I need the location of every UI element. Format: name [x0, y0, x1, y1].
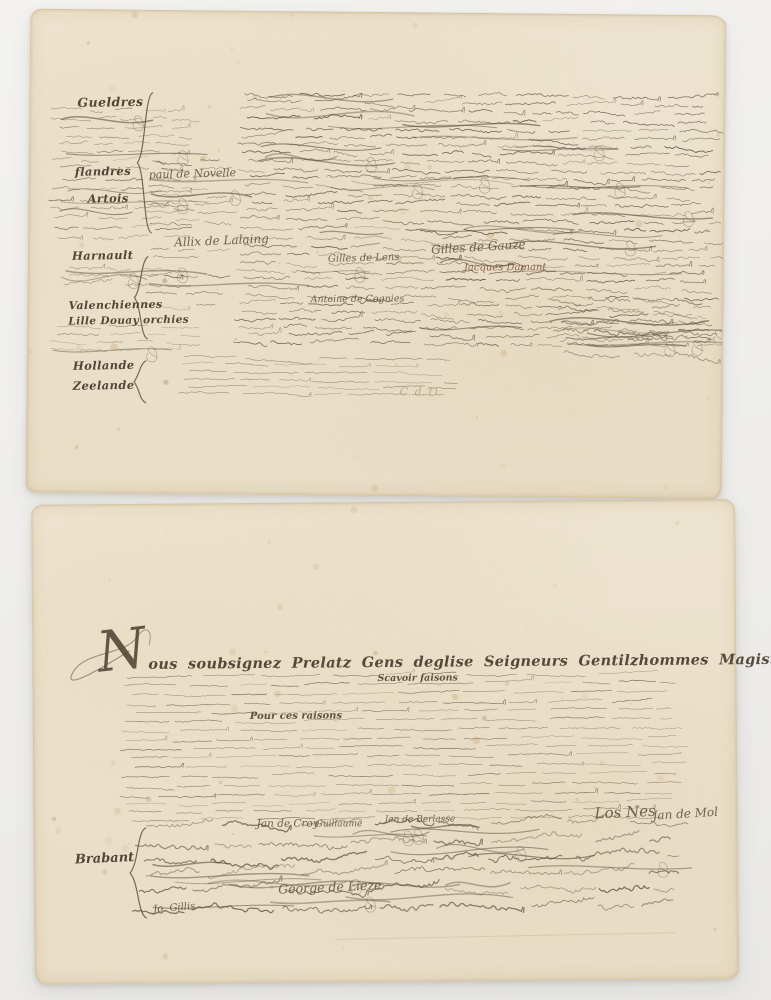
photo-background: Gueldres flandres Artois Harnault Valenc…	[0, 0, 771, 1000]
region-label-valenciennes: Valenchiennes	[68, 298, 162, 313]
signature-fragment: Jan de Berlasse	[385, 814, 456, 825]
signature-fragment: paul de Novelle	[149, 166, 237, 181]
region-label-gueldres: Gueldres	[77, 94, 143, 110]
heading-text: ous soubsignez Prelatz Gens deglise Seig…	[148, 649, 771, 672]
region-label-flandres: flandres	[75, 164, 131, 179]
signature-fragment: Antoine de Cognies	[311, 293, 405, 305]
region-label-zeelande: Zeelande	[73, 378, 135, 393]
emphasis-scavoir-faisons: Scavoir faisons	[377, 672, 457, 684]
emphasis-pour-ces-raisons: Pour ces raisons	[250, 710, 342, 722]
region-label-artois: Artois	[87, 191, 128, 206]
signature-fragment: Jacques Damant	[464, 262, 547, 274]
document-heading: N ous soubsignez Prelatz Gens deglise Se…	[97, 622, 771, 674]
handwriting-ink-bottom	[32, 500, 738, 983]
signature-fragment: Los Nes	[594, 802, 656, 823]
signature-fragment: Guillaume	[316, 819, 363, 829]
region-label-lille-douay-orchies: Lille Douay orchies	[68, 314, 189, 328]
manuscript-sheet-bottom: N ous soubsignez Prelatz Gens deglise Se…	[31, 499, 739, 985]
manuscript-sheet-top: Gueldres flandres Artois Harnault Valenc…	[26, 9, 727, 500]
pencil-note-fragment: C. d. O.	[400, 385, 441, 398]
region-label-brabant: Brabant	[75, 850, 135, 868]
signature-fragment: Jan de Croy	[257, 818, 319, 830]
signature-fragment: Gilles de Lens	[328, 252, 400, 265]
region-label-hollande: Hollande	[73, 358, 135, 373]
region-label-hainault: Harnault	[72, 248, 134, 263]
heading-initial: N	[95, 626, 149, 676]
